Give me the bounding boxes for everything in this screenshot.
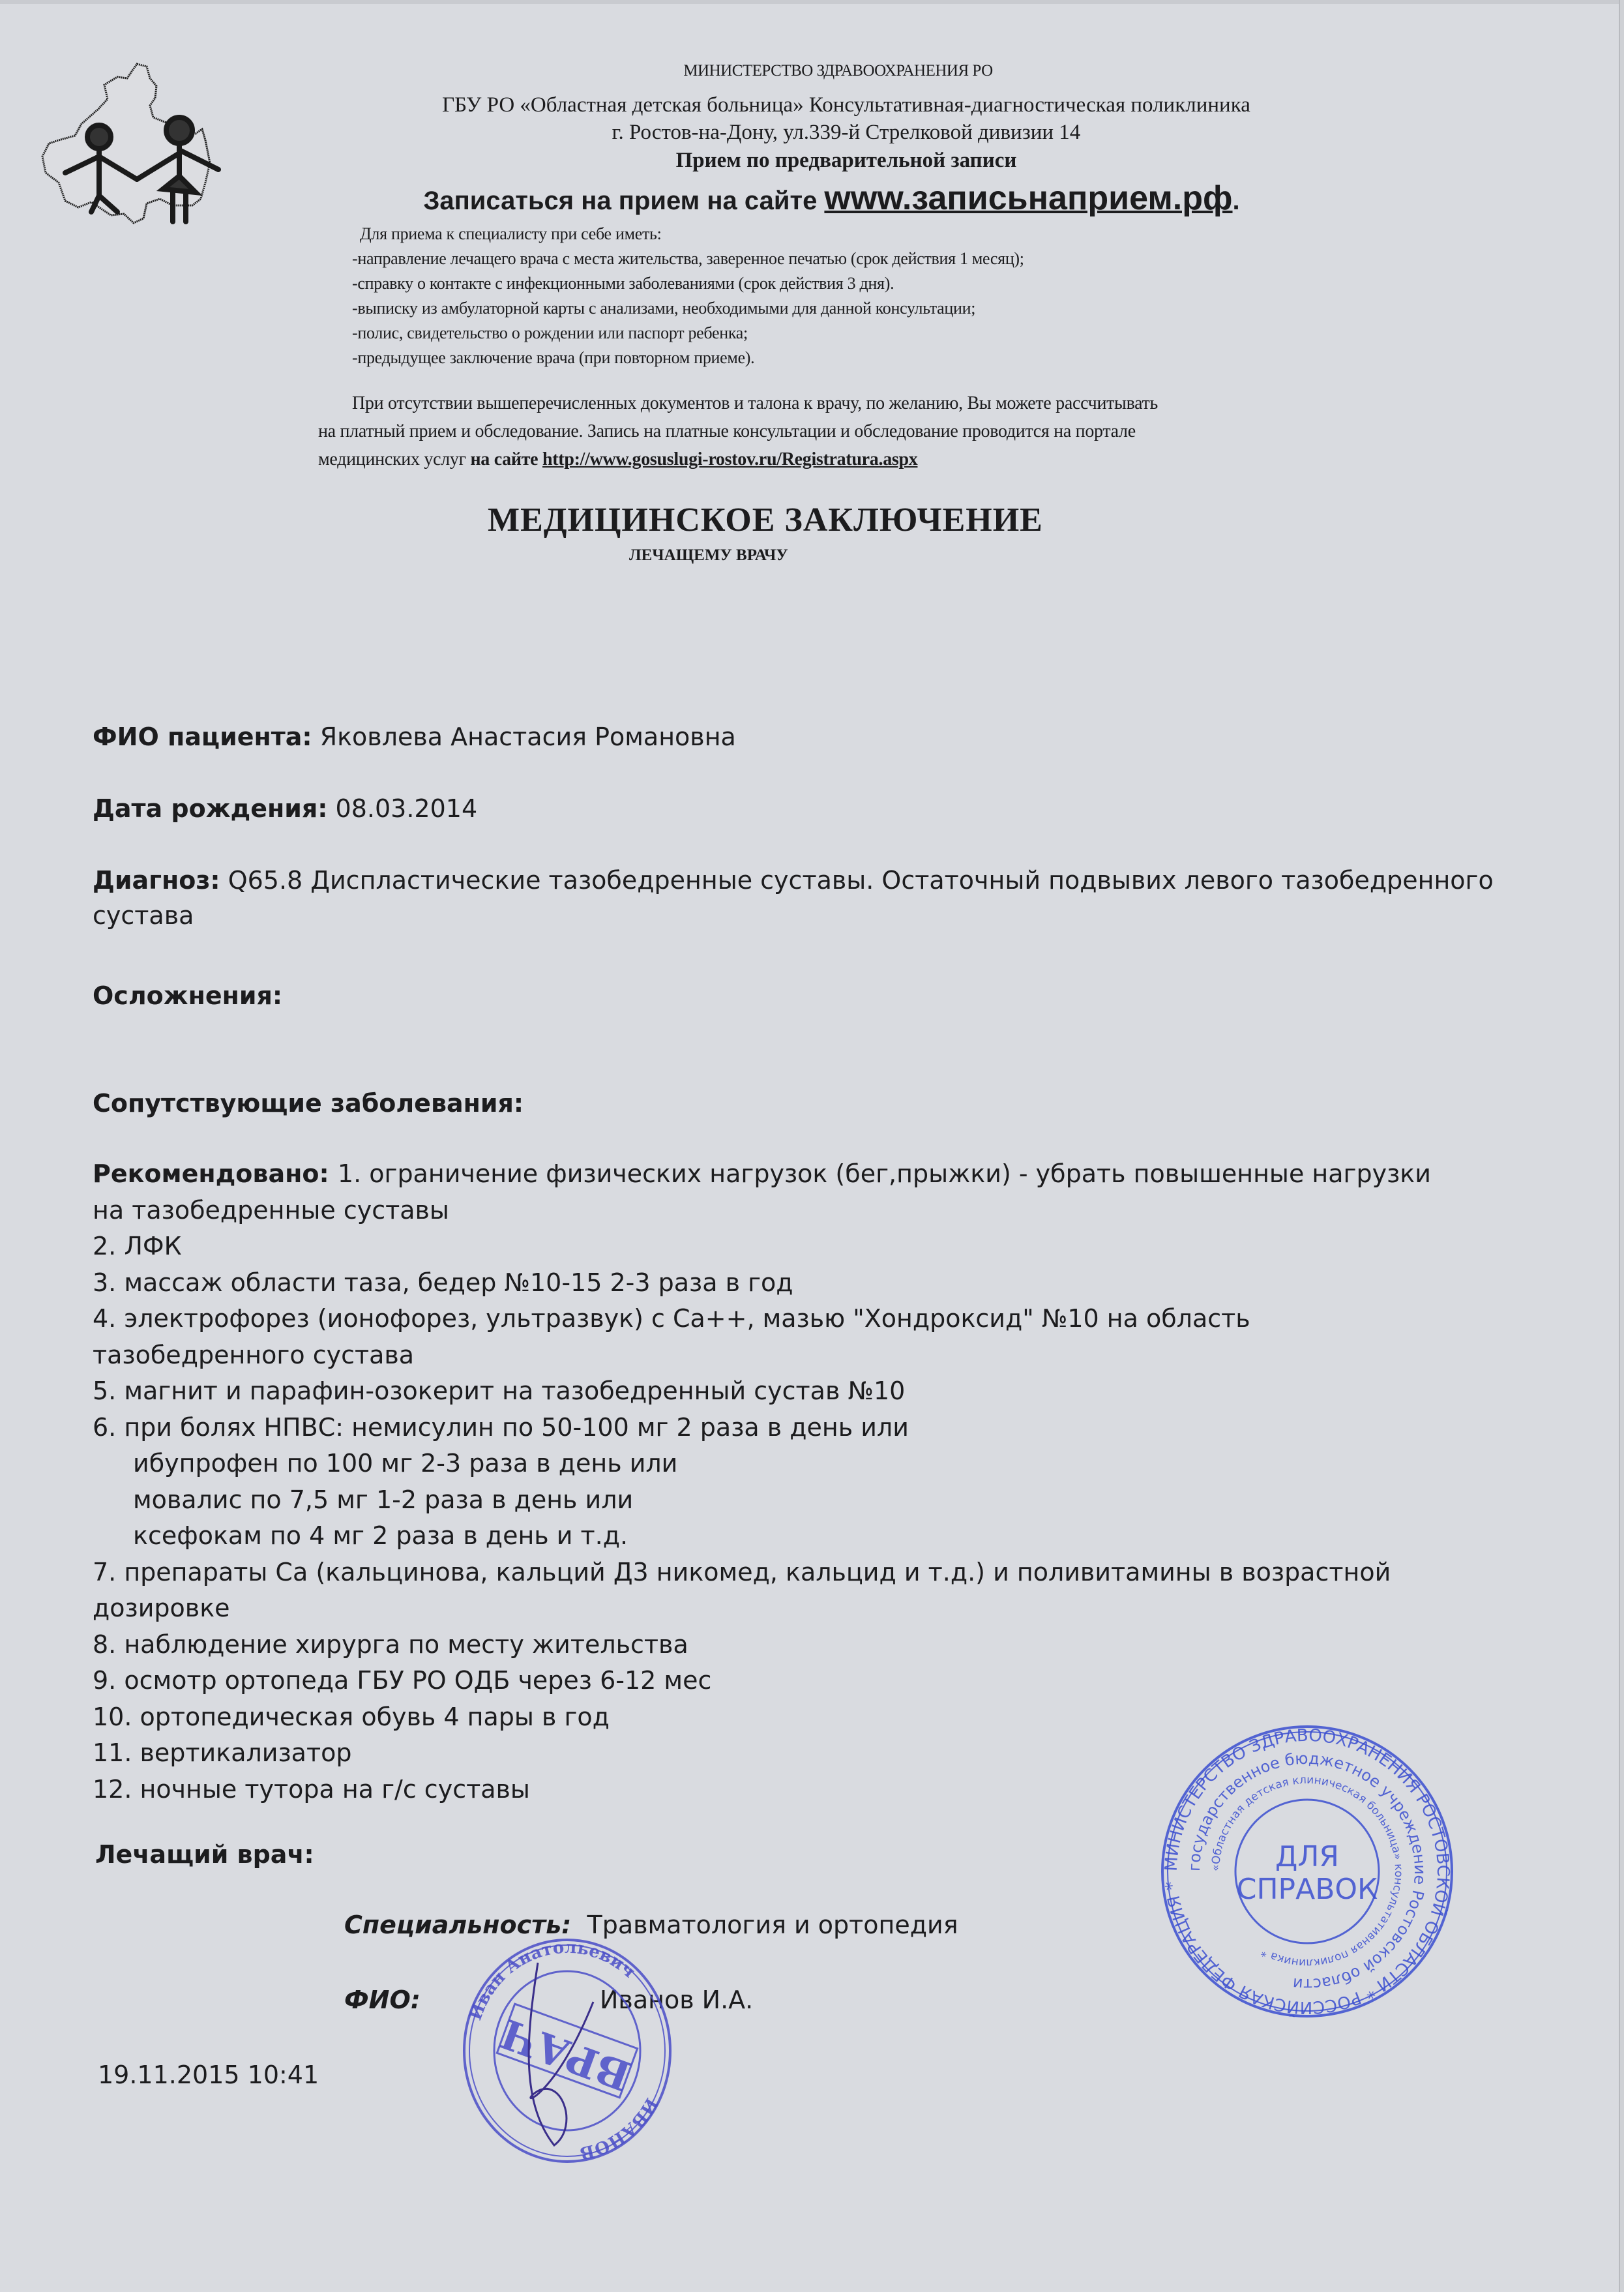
required-document-item: -предыдущее заключение врача (при повтор…	[352, 346, 1024, 370]
patient-name-field: ФИО пациента: Яковлева Анастасия Романов…	[93, 719, 736, 754]
diagnosis-value: Q65.8 Диспластические тазобедренные суст…	[93, 866, 1494, 930]
recommendation-line: мовалис по 7,5 мг 1-2 раза в день или	[93, 1482, 1566, 1519]
doctor-name-label: ФИО:	[344, 1986, 421, 2014]
attending-doctor-label: Лечащий врач:	[95, 1840, 314, 1869]
doctor-stamp-surname-text: ИВАНОВ	[578, 2094, 660, 2163]
required-document-item: -полис, свидетельство о рождении или пас…	[352, 321, 1024, 346]
signup-line: Записаться на прием на сайте www.записьн…	[0, 179, 1624, 218]
patient-dob-label: Дата рождения:	[93, 794, 327, 823]
doctor-stamp-icon: Иван Анатольевич ИВАНОВ ВРАЧ	[456, 1930, 678, 2171]
recommendation-line: 9. осмотр ортопеда ГБУ РО ОДБ через 6-12…	[93, 1663, 1566, 1699]
recommendation-line: 4. электрофорез (ионофорез, ультразвук) …	[93, 1301, 1566, 1337]
document-title: МЕДИЦИНСКОЕ ЗАКЛЮЧЕНИЕ	[488, 501, 1043, 539]
ministry-heading: МИНИСТЕРСТВО ЗДРАВООХРАНЕНИЯ РО	[0, 62, 1624, 80]
complications-field: Осложнения:	[93, 978, 282, 1013]
concomitant-diseases-label: Сопутствующие заболевания:	[93, 1089, 524, 1118]
paid-note-line: медицинских услуг на сайте http://www.go…	[318, 445, 1158, 473]
patient-dob-field: Дата рождения: 08.03.2014	[93, 791, 477, 826]
diagnosis-field: Диагноз: Q65.8 Диспластические тазобедре…	[93, 863, 1527, 933]
recommendation-line: ибупрофен по 100 мг 2-3 раза в день или	[93, 1446, 1566, 1482]
paid-services-note: При отсутствии вышеперечисленных докумен…	[318, 389, 1158, 473]
recommendation-line: Рекомендовано: 1. ограничение физических…	[93, 1156, 1566, 1193]
recommendation-line: ксефокам по 4 мг 2 раза в день и т.д.	[93, 1518, 1566, 1555]
stamp-center-line2: СПРАВОК	[1237, 1873, 1378, 1906]
stamp-center-line1: ДЛЯ	[1275, 1840, 1339, 1873]
signup-url-link[interactable]: www.записьнаприем.рф	[824, 179, 1232, 217]
paid-note-text: медицинских услуг	[318, 449, 470, 469]
required-document-item: -направление лечащего врача с места жите…	[352, 246, 1024, 271]
patient-name-label: ФИО пациента:	[93, 722, 312, 751]
svg-text:Иван Анатольевич: Иван Анатольевич	[465, 1938, 638, 2023]
required-document-item: -справку о контакте с инфекционными забо…	[352, 271, 1024, 296]
required-document-item: -выписку из амбулаторной карты с анализа…	[352, 296, 1024, 321]
required-documents-intro: Для приема к специалисту при себе иметь:	[352, 222, 1024, 246]
signup-prefix: Записаться на прием на сайте	[423, 186, 824, 215]
institution-stamp-icon: МИНИСТЕРСТВО ЗДРАВООХРАНЕНИЯ РОСТОВСКОЙ …	[1157, 1721, 1457, 2021]
paid-note-line: При отсутствии вышеперечисленных докумен…	[318, 389, 1158, 417]
recommendation-line: 5. магнит и парафин-озокерит на тазобедр…	[93, 1373, 1566, 1410]
paid-note-line: на платный прием и обследование. Запись …	[318, 417, 1158, 445]
document-subtitle: ЛЕЧАЩЕМУ ВРАЧУ	[629, 546, 788, 565]
patient-dob-value: 08.03.2014	[336, 794, 478, 823]
scan-edge-top	[0, 0, 1624, 4]
appointment-note: Прием по предварительной записи	[0, 149, 1624, 173]
required-documents-list: Для приема к специалисту при себе иметь:…	[352, 222, 1024, 370]
recommendations-label: Рекомендовано:	[93, 1159, 338, 1188]
recommendation-line: на тазобедренные суставы	[93, 1193, 1566, 1229]
recommendations-list: Рекомендовано: 1. ограничение физических…	[93, 1156, 1566, 1808]
signup-suffix: .	[1233, 186, 1240, 215]
patient-name-value: Яковлева Анастасия Романовна	[320, 722, 736, 751]
doctor-stamp-name-text: Иван Анатольевич	[465, 1938, 638, 2023]
recommendation-line: 7. препараты Са (кальцинова, кальций Д3 …	[93, 1555, 1566, 1591]
organization-name: ГБУ РО «Областная детская больница» Конс…	[0, 93, 1624, 117]
recommendation-line: 6. при болях НПВС: немисулин по 50-100 м…	[93, 1410, 1566, 1446]
recommendation-line: тазобедренного сустава	[93, 1337, 1566, 1374]
diagnosis-label: Диагноз:	[93, 866, 220, 895]
paid-note-bold: на сайте	[470, 449, 542, 469]
scan-edge-right	[1619, 0, 1624, 2292]
recommendation-line: 2. ЛФК	[93, 1228, 1566, 1265]
complications-label: Осложнения:	[93, 981, 282, 1010]
svg-text:ИВАНОВ: ИВАНОВ	[578, 2094, 660, 2163]
concomitant-diseases-field: Сопутствующие заболевания:	[93, 1086, 524, 1121]
organization-address: г. Ростов-на-Дону, ул.339-й Стрелковой д…	[0, 121, 1624, 145]
document-datetime: 19.11.2015 10:41	[98, 2061, 319, 2089]
recommendation-line: 3. массаж области таза, бедер №10-15 2-3…	[93, 1265, 1566, 1302]
registratura-link[interactable]: http://www.gosuslugi-rostov.ru/Registrat…	[542, 449, 917, 469]
recommendation-line: дозировке	[93, 1590, 1566, 1627]
recommendation-line: 8. наблюдение хирурга по месту жительств…	[93, 1627, 1566, 1663]
